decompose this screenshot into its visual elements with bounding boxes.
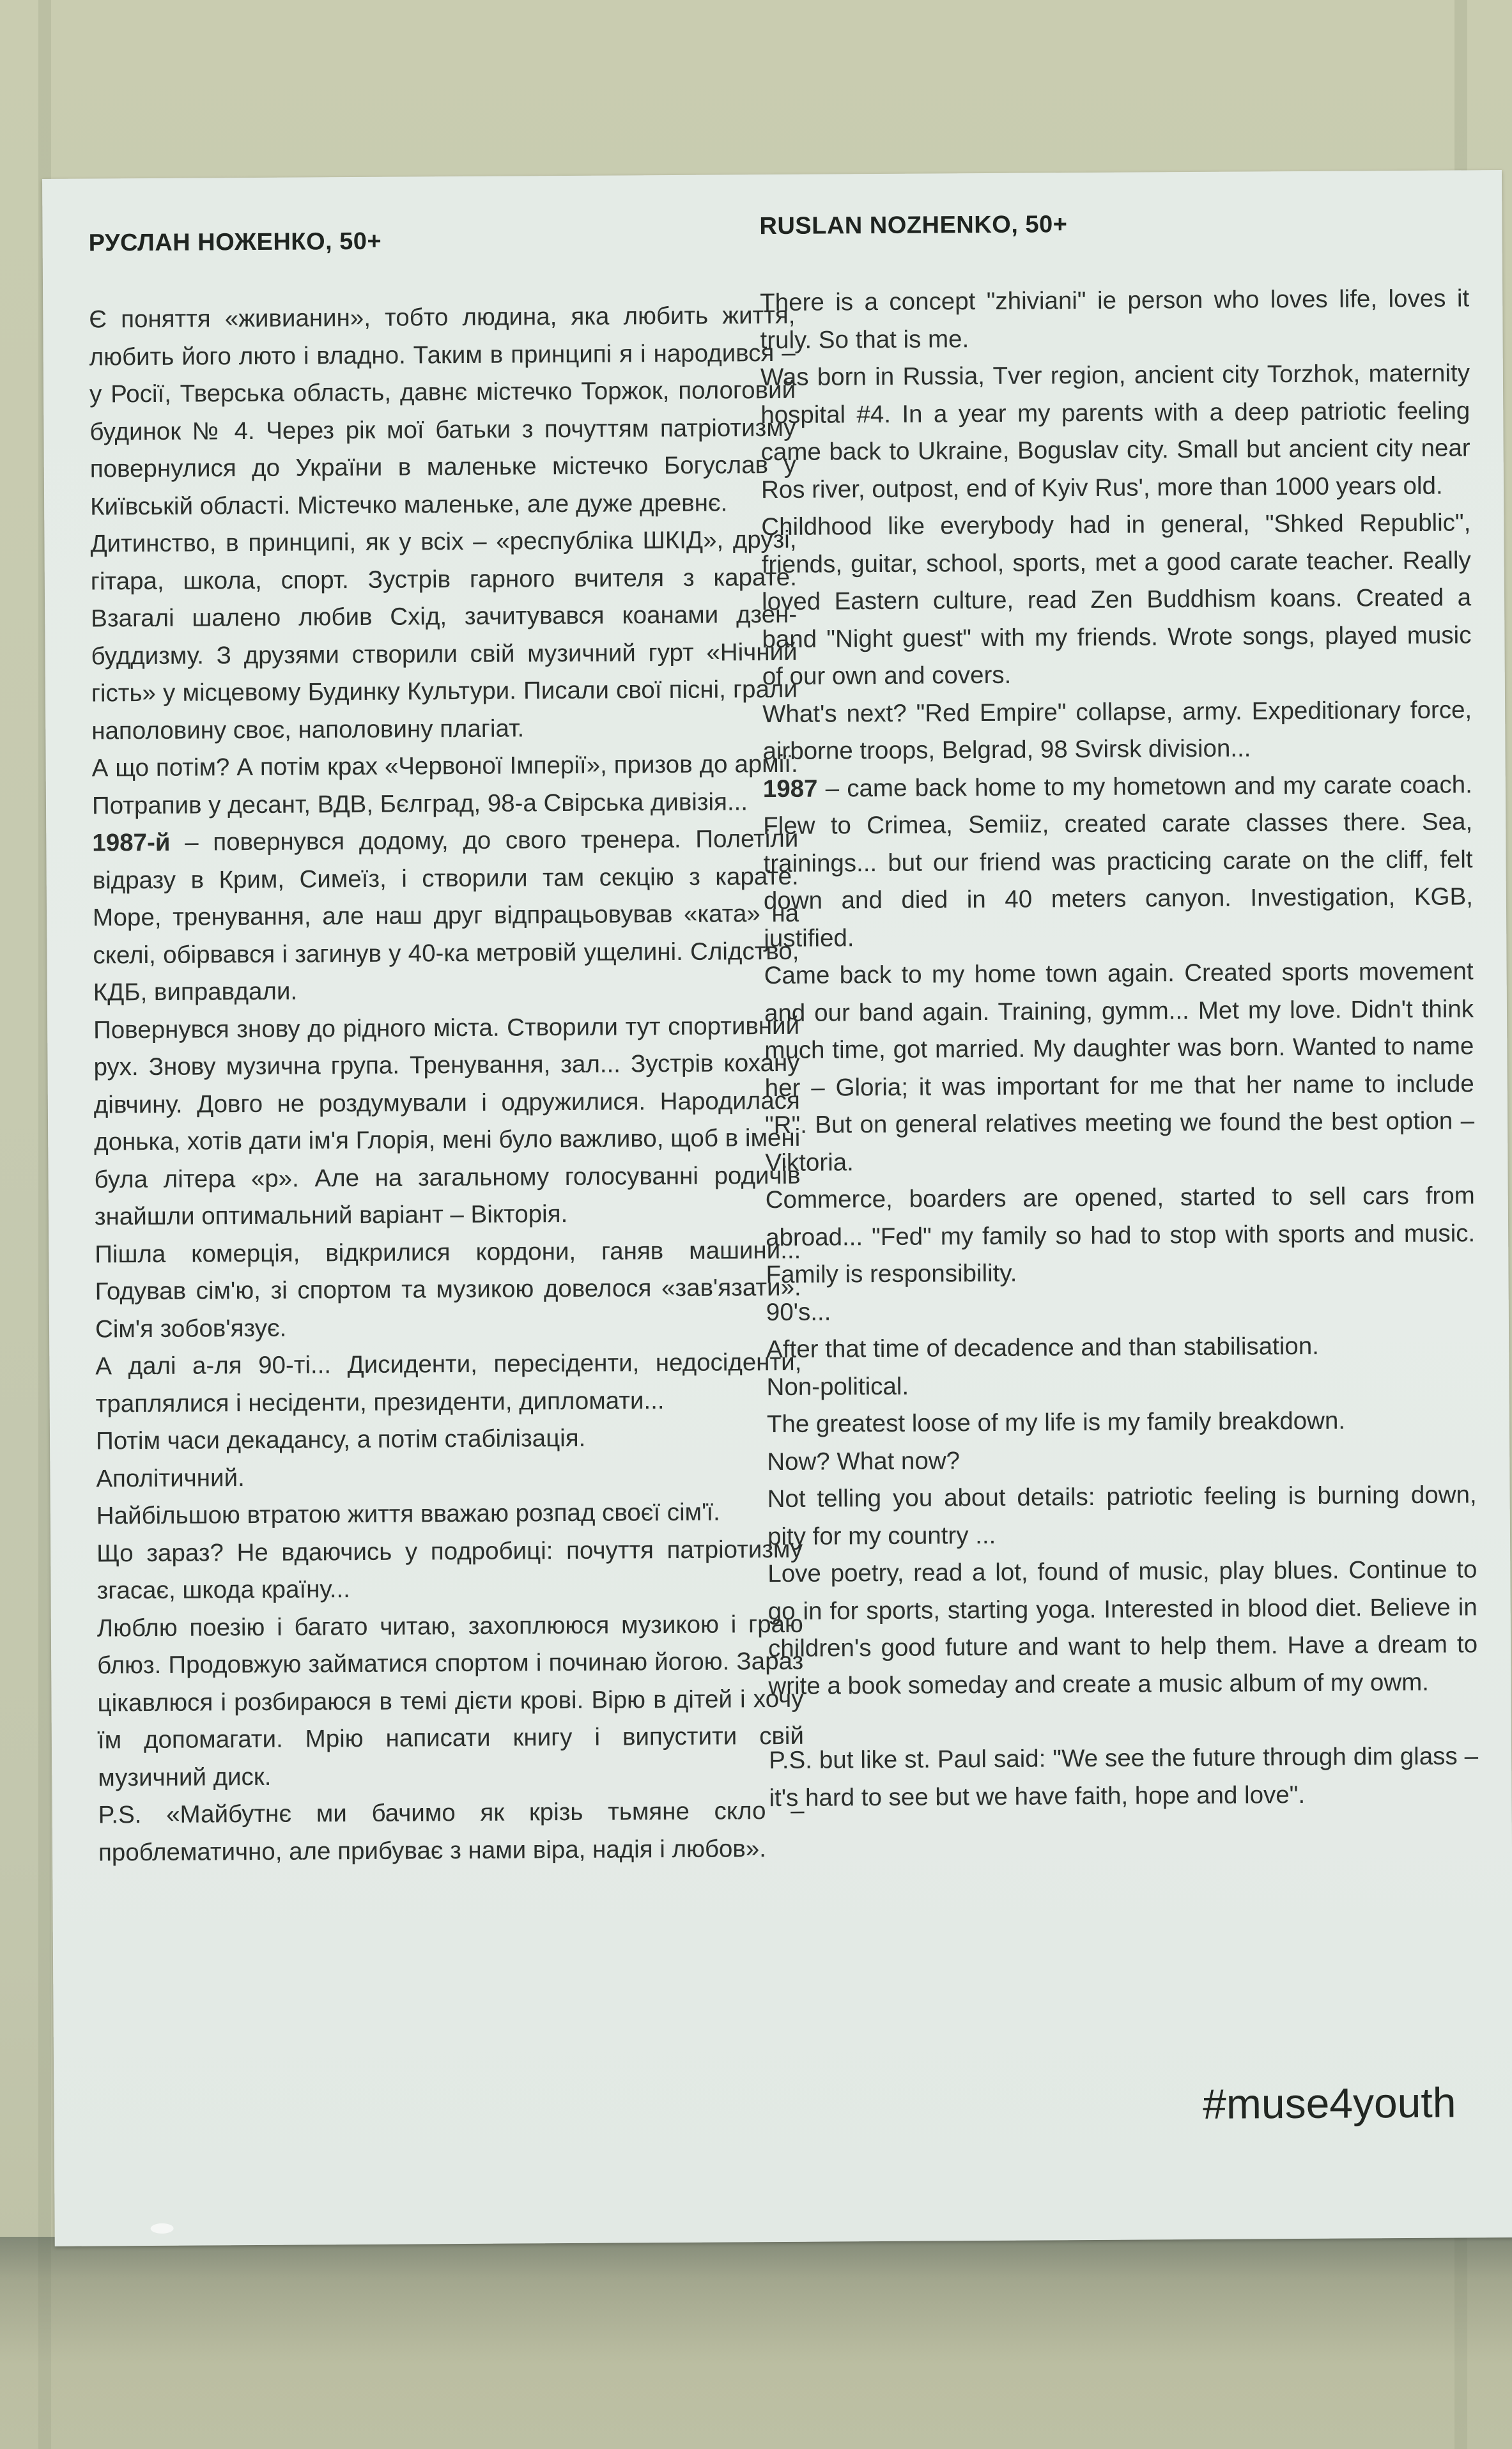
paragraph-text: Пішла комерція, відкрилися кордони, ганя… — [95, 1236, 801, 1343]
paragraph-text: Was born in Russia, Tver region, ancient… — [760, 359, 1470, 503]
paragraph: Дитинство, в принципі, як у всіх – «респ… — [90, 521, 798, 750]
paragraph: 90's... — [766, 1290, 1476, 1331]
paragraph: Пішла комерція, відкрилися кордони, ганя… — [95, 1232, 801, 1348]
paragraph: 1987-й – повернувся додому, до свого тре… — [92, 821, 799, 1012]
paragraph: There is a concept "zhiviani" ie person … — [760, 280, 1470, 359]
paragraph: Childhood like everybody had in general,… — [761, 504, 1472, 695]
paragraph-text: А далі а-ля 90-ті... Дисиденти, пересіде… — [95, 1348, 801, 1418]
year-label: 1987-й — [92, 829, 170, 857]
english-heading: RUSLAN NOZHENKO, 50+ — [759, 211, 1067, 240]
paragraph: Є поняття «живианин», тобто людина, яка … — [89, 297, 796, 526]
paragraph-text: Non-political. — [766, 1372, 909, 1400]
paragraph: Потім часи декадансу, а потім стабілізац… — [96, 1419, 802, 1460]
ukrainian-column: РУСЛАН НОЖЕНКО, 50+ Є поняття «живианин»… — [88, 174, 794, 179]
paragraph-text: The greatest loose of my life is my fami… — [767, 1407, 1345, 1439]
paragraph: Non-political. — [766, 1364, 1476, 1406]
paragraph-text: Commerce, boarders are opened, started t… — [766, 1182, 1476, 1288]
paragraph-text: – came back home to my hometown and my c… — [763, 771, 1473, 952]
paragraph: After that time of decadence and than st… — [766, 1327, 1476, 1368]
paragraph-text: Came back to my home town again. Created… — [764, 957, 1475, 1176]
paragraph: Came back to my home town again. Created… — [764, 953, 1474, 1182]
paragraph-text: Childhood like everybody had in general,… — [761, 509, 1471, 690]
paragraph: P.S. but like st. Paul said: "We see the… — [769, 1738, 1479, 1817]
paragraph: Люблю поезію і багато читаю, захоплююся … — [97, 1605, 805, 1796]
wall-grime — [0, 2237, 1512, 2449]
year-label: 1987 — [763, 775, 818, 803]
paragraph-text: Що зараз? Не вдаючись у подробиці: почут… — [96, 1535, 803, 1604]
paragraph: Аполітичний. — [96, 1456, 802, 1497]
paragraph-text: Love poetry, read a lot, found of music,… — [768, 1556, 1477, 1699]
ukrainian-heading: РУСЛАН НОЖЕНКО, 50+ — [88, 228, 382, 258]
paragraph: Was born in Russia, Tver region, ancient… — [760, 355, 1470, 509]
paragraph-text: – повернувся додому, до свого тренера. П… — [93, 825, 799, 1007]
paragraph-text: Повернувся знову до рідного міста. Створ… — [93, 1012, 801, 1230]
paragraph-text: There is a concept "zhiviani" ie person … — [760, 284, 1469, 353]
paragraph-text: Найбільшою втратою життя вважаю розпад с… — [96, 1499, 720, 1530]
paragraph: Повернувся знову до рідного міста. Створ… — [93, 1007, 801, 1236]
paragraph-text: After that time of decadence and than st… — [766, 1333, 1319, 1363]
paragraph-text: 90's... — [766, 1298, 831, 1326]
paragraph: Найбільшою втратою життя вважаю розпад с… — [96, 1494, 803, 1535]
english-body: There is a concept "zhiviani" ie person … — [760, 280, 1479, 1817]
paragraph-text: P.S. «Майбутнє ми бачимо як крізь тьмяне… — [98, 1797, 805, 1866]
paragraph: What's next? "Red Empire" collapse, army… — [762, 691, 1472, 771]
paragraph: А що потім? А потім крах «Червоної Імпер… — [91, 746, 798, 825]
paragraph-text: Аполітичний. — [96, 1464, 245, 1492]
ukrainian-body: Є поняття «живианин», тобто людина, яка … — [89, 297, 805, 1872]
paragraph: Not telling you about details: patriotic… — [767, 1476, 1477, 1556]
paragraph: Now? What now? — [767, 1439, 1476, 1481]
paragraph: А далі а-ля 90-ті... Дисиденти, пересіде… — [95, 1344, 802, 1423]
poster: РУСЛАН НОЖЕНКО, 50+ Є поняття «живианин»… — [42, 170, 1512, 2246]
tape-fragment — [151, 2223, 174, 2234]
paragraph-text: Є поняття «живианин», тобто людина, яка … — [89, 302, 796, 520]
paragraph-text: Потім часи декадансу, а потім стабілізац… — [96, 1425, 585, 1455]
paragraph: P.S. «Майбутнє ми бачимо як крізь тьмяне… — [98, 1793, 805, 1872]
paragraph-text: А що потім? А потім крах «Червоної Імпер… — [92, 750, 798, 819]
paragraph: Що зараз? Не вдаючись у подробиці: почут… — [96, 1531, 803, 1610]
english-column: RUSLAN NOZHENKO, 50+ There is a concept … — [759, 170, 1469, 174]
hashtag: #muse4youth — [1203, 2078, 1456, 2128]
paragraph-text: Люблю поезію і багато читаю, захоплююся … — [97, 1610, 804, 1791]
paragraph: Love poetry, read a lot, found of music,… — [768, 1551, 1477, 1705]
paragraph: The greatest loose of my life is my fami… — [767, 1402, 1476, 1443]
paragraph-text: P.S. but like st. Paul said: "We see the… — [769, 1742, 1478, 1811]
paragraph-text: What's next? "Red Empire" collapse, army… — [762, 696, 1472, 765]
paragraph: Commerce, boarders are opened, started t… — [766, 1177, 1476, 1294]
paragraph-text: Now? What now? — [767, 1447, 960, 1476]
paragraph-text: Дитинство, в принципі, як у всіх – «респ… — [90, 526, 798, 745]
paragraph-text: Not telling you about details: patriotic… — [768, 1481, 1477, 1550]
paragraph: 1987 – came back home to my hometown and… — [763, 766, 1474, 957]
